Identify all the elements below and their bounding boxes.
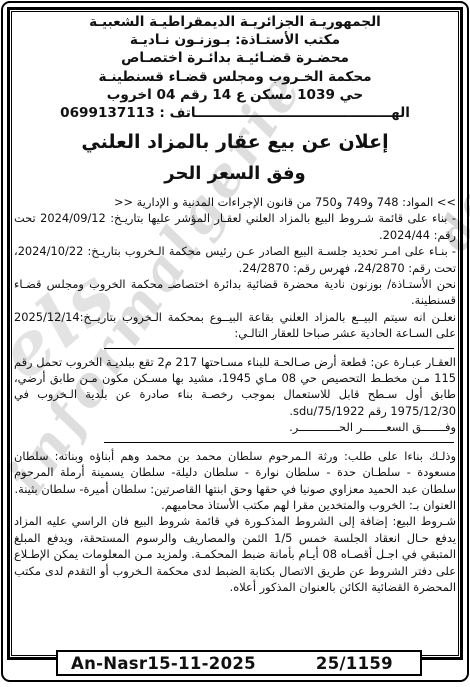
republic-line: الجمهوريـة الجزائريـة الديمقراطيـة الشعب… xyxy=(14,13,456,31)
separator-rule xyxy=(104,348,454,349)
paragraph-bailiff-declaration: نحن الأستـاذة/ بوزنون نادية محضرة قضائية… xyxy=(14,276,456,309)
reference-number: 25/1159 xyxy=(316,654,393,673)
paragraph-sale-announcement: نعلـن انه سيتم البيــع بالمزاد العلني بق… xyxy=(14,309,456,342)
paragraph-address: العنوان بـ: الخروب والمتخدين مقرا لهم مك… xyxy=(14,497,456,513)
notice-title: إعلان عن بيع عقار بالمزاد العلني xyxy=(14,130,456,154)
office-line: مكتب الأستـاذة: بـوزنـون نـاديـة xyxy=(14,31,456,49)
letterhead: الجمهوريـة الجزائريـة الديمقراطيـة الشعب… xyxy=(14,13,456,123)
publication-stamp: An-Nasr15-11-2025 25/1159 xyxy=(56,650,422,676)
address-line: حي 1039 مسكن ع 14 رقم 04 اخروب xyxy=(14,86,456,104)
publication-name-date: An-Nasr15-11-2025 xyxy=(71,654,256,673)
notice-content: الجمهوريـة الجزائريـة الديمقراطيـة الشعب… xyxy=(14,13,456,653)
paragraph-session-order: - بنـاء على امـر تحديد جلسـة البيع الصاد… xyxy=(14,243,456,276)
notice-subtitle: وفق السعر الحر xyxy=(14,162,456,185)
notice-body: >> المواد: 748 و749 و750 من قانون الإجرا… xyxy=(14,194,456,595)
paragraph-sale-conditions-list: - بناء على قائمة شـروط البيع بالمزاد الع… xyxy=(14,210,456,243)
paragraph-requesting-heirs: وذلـك بناءا على طلب: ورثة الـمرحوم سلطان… xyxy=(14,448,456,497)
separator-rule xyxy=(104,442,454,443)
court-line: محكمة الخـروب ومجلس قضـاء قسنطينـة xyxy=(14,68,456,86)
paragraph-sale-terms: شـروط البيع: إضافة إلى الشروط المذكـورة … xyxy=(14,513,456,595)
paragraph-legal-articles: >> المواد: 748 و749 و750 من قانون الإجرا… xyxy=(14,194,456,210)
bailiff-line: محضـرة قضـائيـة بدائـرة اختصـاص xyxy=(14,49,456,67)
paragraph-free-price: وفـــــــق السعـــــــر الحــــــــــــر… xyxy=(14,419,456,435)
scanned-auction-notice: els informalgerie ders الجمهوريـة الجزائ… xyxy=(0,0,470,687)
phone-line: الهـــــــــــــــــــــــــــــــــــــ… xyxy=(14,104,456,123)
paragraph-property-description: العقـار عبـارة عن: قطعة أرض صـالحـة للبن… xyxy=(14,354,456,420)
